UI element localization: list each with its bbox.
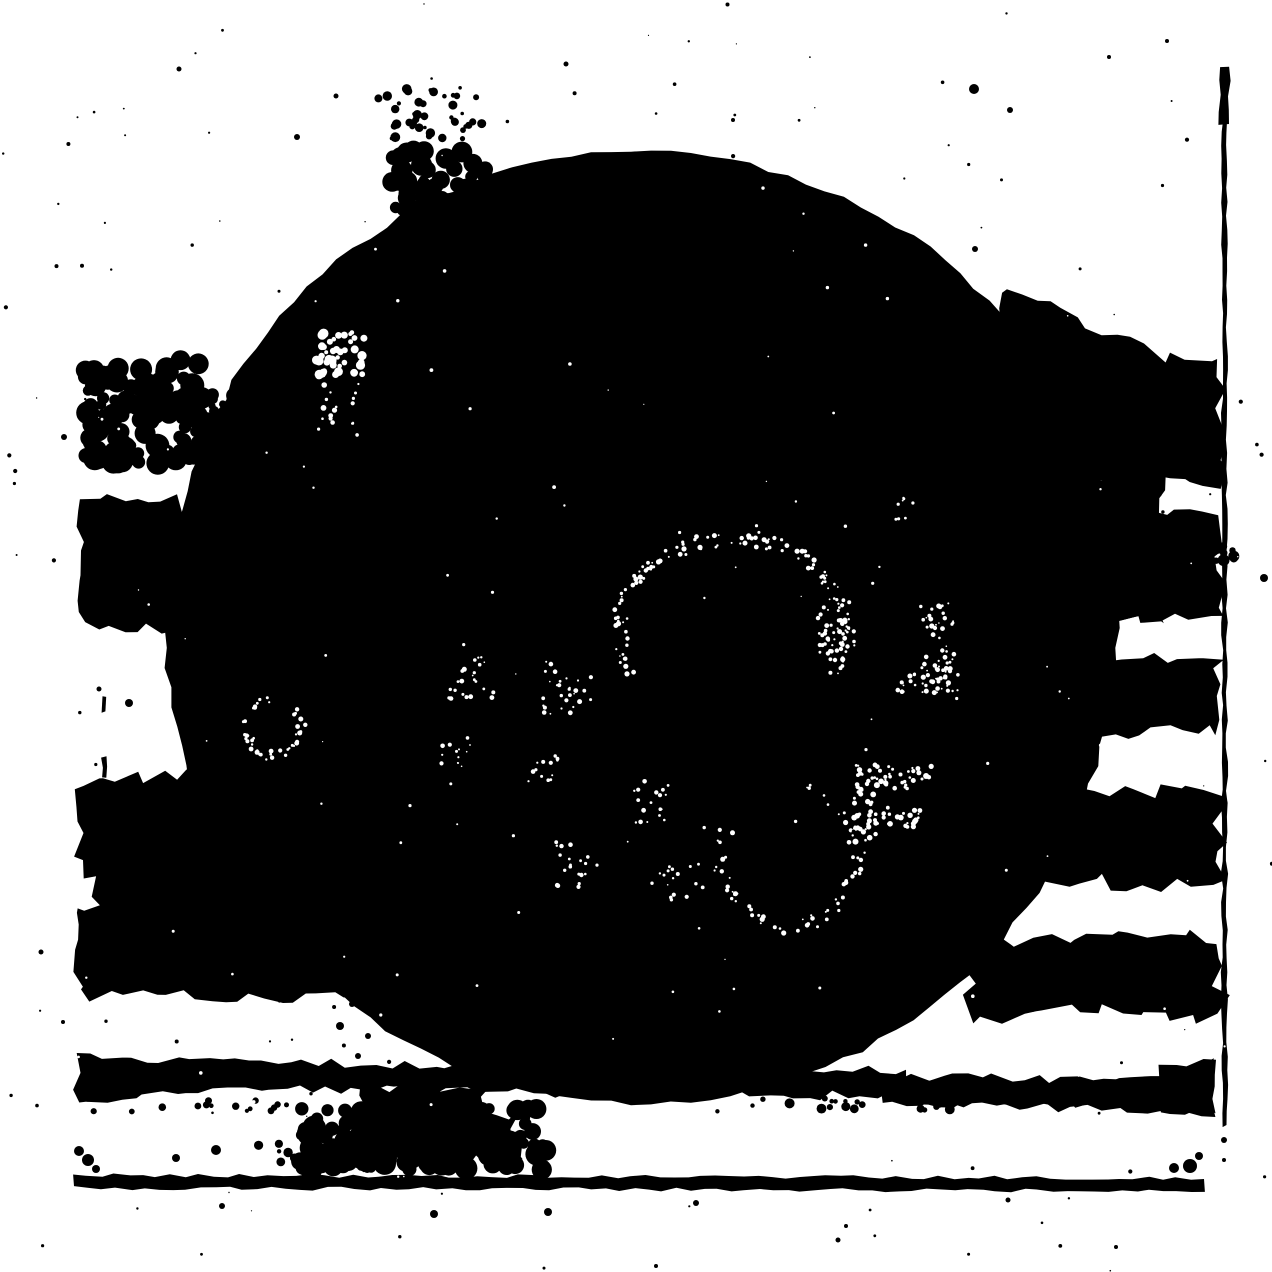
scanned-page: [0, 0, 1272, 1272]
photo-circle: [163, 151, 1120, 1106]
band-right-5: [958, 930, 1230, 1024]
band-bottom-right-wedge: [1159, 1059, 1217, 1115]
scan-canvas: [0, 0, 1272, 1272]
